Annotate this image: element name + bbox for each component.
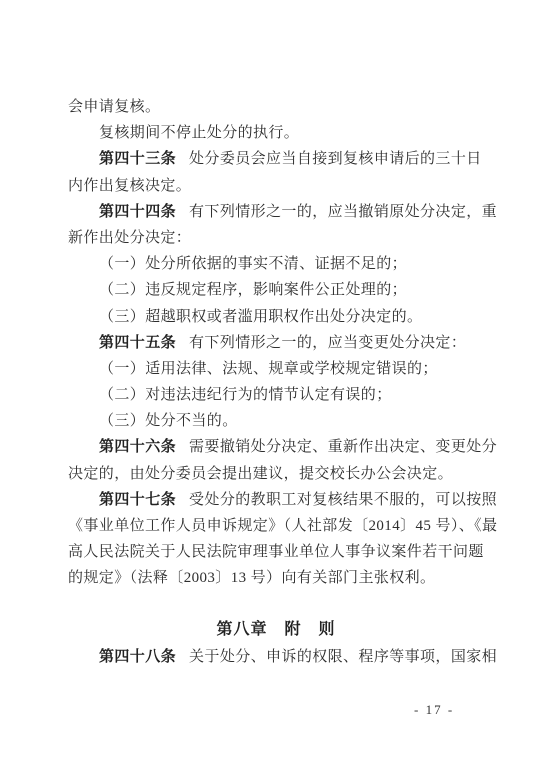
line-text: 受处分的教职工对复核结果不服的，可以按照 <box>189 492 497 508</box>
article-line: 第四十六条需要撤销处分决定、重新作出决定、变更处分 <box>68 434 484 460</box>
line-text: 会申请复核。 <box>68 99 160 115</box>
text-line: 高人民法院关于人民法院审理事业单位人事争议案件若干问题 <box>68 539 484 565</box>
line-text: 有下列情形之一的，应当撤销原处分决定，重 <box>189 204 497 220</box>
line-text: （一）适用法律、法规、规章或学校规定错误的； <box>99 361 438 377</box>
list-item-line: （一）处分所依据的事实不清、证据不足的； <box>68 251 484 277</box>
article-line: 第四十八条关于处分、申诉的权限、程序等事项，国家相 <box>68 644 484 670</box>
article-number: 第四十四条 <box>99 203 176 220</box>
line-text: （三）超越职权或者滥用职权作出处分决定的。 <box>99 309 422 325</box>
text-line: 《事业单位工作人员申诉规定》（人社部发〔2014〕45 号）、《最 <box>68 513 484 539</box>
document-page: 会申请复核。 复核期间不停止处分的执行。 第四十三条处分委员会应当自接到复核申请… <box>0 0 550 777</box>
article-number: 第四十三条 <box>99 150 176 167</box>
line-text: 内作出复核决定。 <box>68 178 191 194</box>
line-text: 的规定》（法释〔2003〕13 号）向有关部门主张权利。 <box>68 570 435 586</box>
article-line: 第四十三条处分委员会应当自接到复核申请后的三十日 <box>68 146 484 172</box>
list-item-line: （二）违反规定程序，影响案件公正处理的； <box>68 277 484 303</box>
line-text: （三）处分不当的。 <box>99 413 238 429</box>
line-text: （二）对违法违纪行为的情节认定有误的； <box>99 387 392 403</box>
line-text: 有下列情形之一的，应当变更处分决定： <box>189 335 466 351</box>
list-item-line: （二）对违法违纪行为的情节认定有误的； <box>68 382 484 408</box>
article-number: 第四十七条 <box>99 491 176 508</box>
text-line: 会申请复核。 <box>68 94 484 120</box>
text-line: 新作出处分决定： <box>68 225 484 251</box>
page-number: - 17 - <box>414 702 454 718</box>
list-item-line: （一）适用法律、法规、规章或学校规定错误的； <box>68 356 484 382</box>
article-number: 第四十六条 <box>99 438 176 455</box>
chapter-heading: 第八章 附 则 <box>68 616 484 644</box>
blank-line <box>68 592 484 616</box>
line-text: 关于处分、申诉的权限、程序等事项，国家相 <box>189 649 497 665</box>
line-text: 决定的，由处分委员会提出建议，提交校长办公会决定。 <box>68 466 453 482</box>
article-line: 第四十七条受处分的教职工对复核结果不服的，可以按照 <box>68 487 484 513</box>
line-text: 《事业单位工作人员申诉规定》（人社部发〔2014〕45 号）、《最 <box>68 518 497 534</box>
line-text: （一）处分所依据的事实不清、证据不足的； <box>99 256 407 272</box>
text-line: 复核期间不停止处分的执行。 <box>68 120 484 146</box>
document-text-block: 会申请复核。 复核期间不停止处分的执行。 第四十三条处分委员会应当自接到复核申请… <box>68 94 484 670</box>
article-line: 第四十五条有下列情形之一的，应当变更处分决定： <box>68 330 484 356</box>
list-item-line: （三）处分不当的。 <box>68 408 484 434</box>
text-line: 的规定》（法释〔2003〕13 号）向有关部门主张权利。 <box>68 565 484 591</box>
article-number: 第四十五条 <box>99 334 176 351</box>
article-number: 第四十八条 <box>99 648 176 665</box>
line-text: 新作出处分决定： <box>68 230 191 246</box>
list-item-line: （三）超越职权或者滥用职权作出处分决定的。 <box>68 304 484 330</box>
line-text: （二）违反规定程序，影响案件公正处理的； <box>99 282 407 298</box>
line-text: 需要撤销处分决定、重新作出决定、变更处分 <box>189 439 497 455</box>
line-text: 复核期间不停止处分的执行。 <box>99 125 299 141</box>
text-line: 内作出复核决定。 <box>68 173 484 199</box>
text-line: 决定的，由处分委员会提出建议，提交校长办公会决定。 <box>68 461 484 487</box>
article-line: 第四十四条有下列情形之一的，应当撤销原处分决定，重 <box>68 199 484 225</box>
line-text: 高人民法院关于人民法院审理事业单位人事争议案件若干问题 <box>68 544 484 560</box>
line-text: 处分委员会应当自接到复核申请后的三十日 <box>189 151 482 167</box>
